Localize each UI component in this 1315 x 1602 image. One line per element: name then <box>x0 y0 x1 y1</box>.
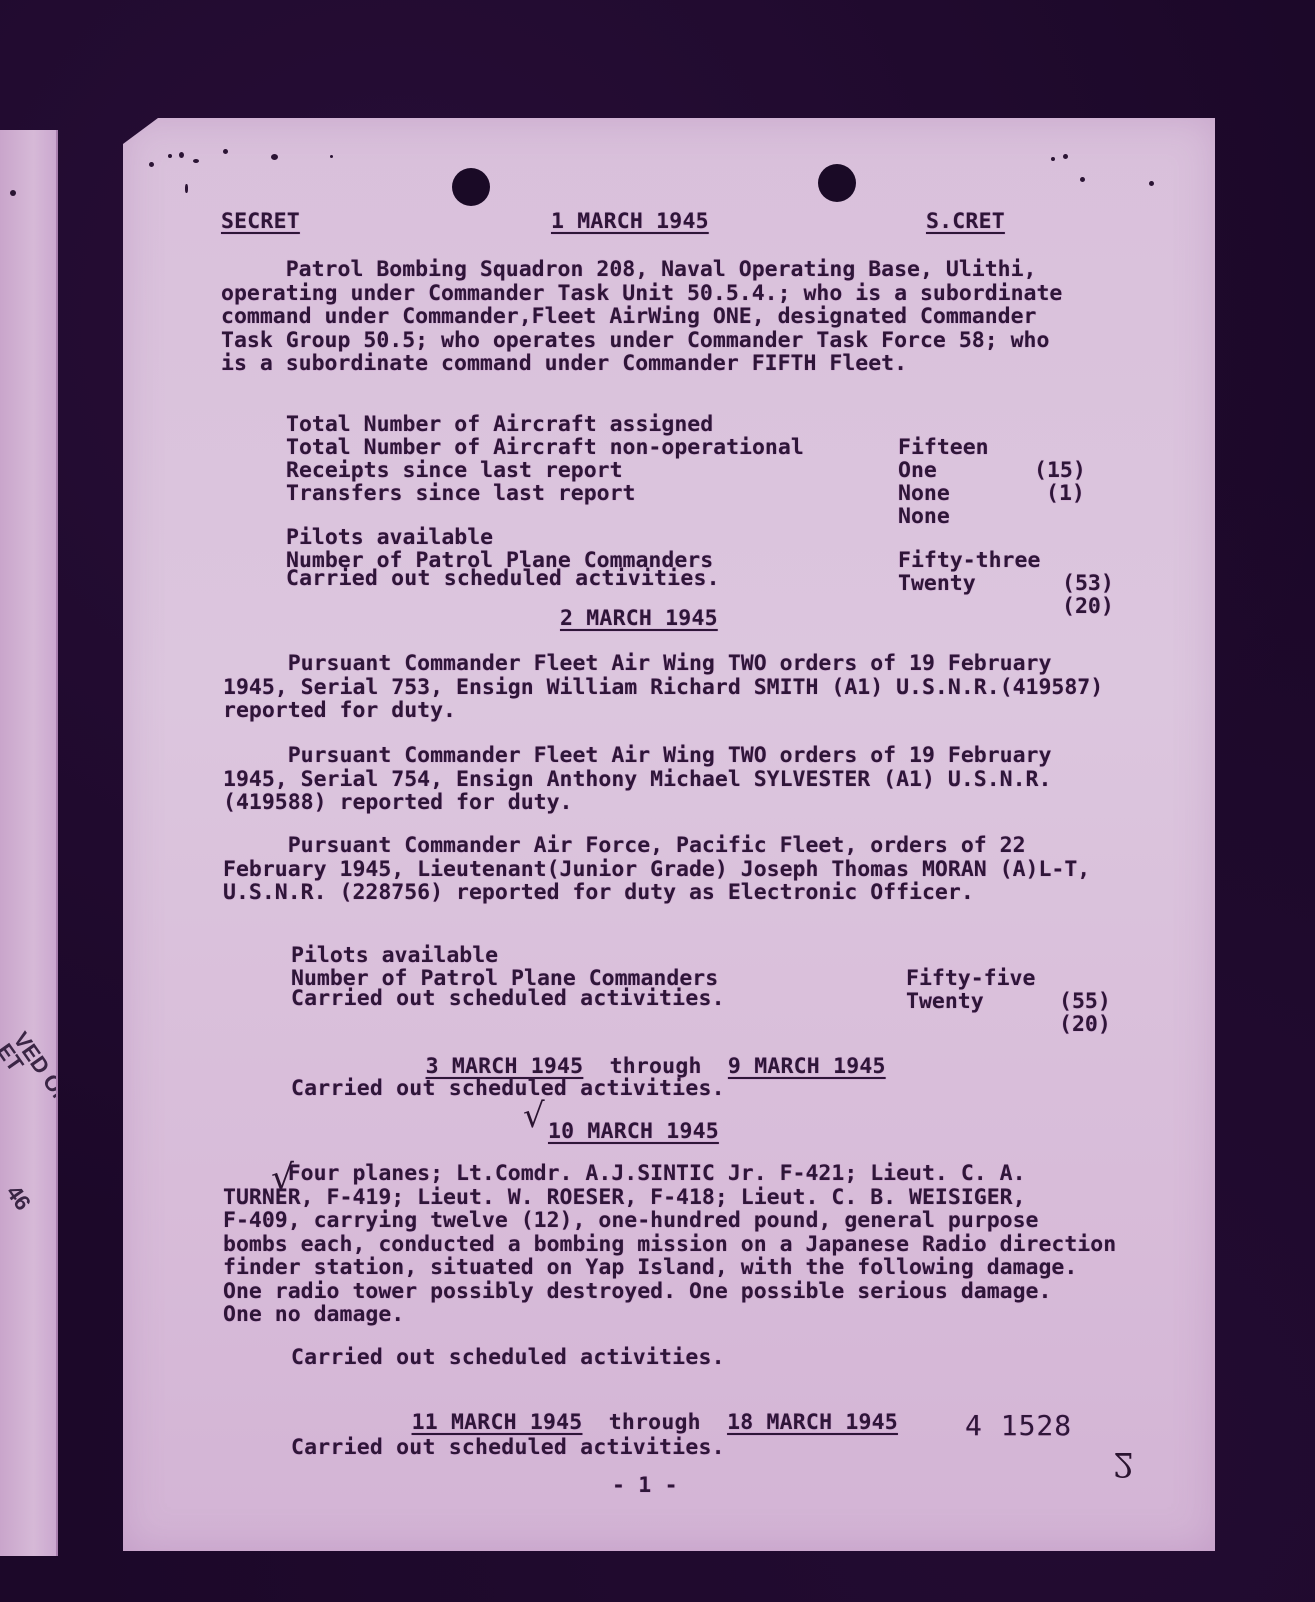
mission-line: One radio tower possibly destroyed. One … <box>223 1280 1116 1304</box>
orders-line: 1945, Serial 754, Ensign Anthony Michael… <box>223 768 1051 792</box>
speck <box>10 190 16 196</box>
pilot-stats-table-march-1: Pilots available Fifty-three (53) Number… <box>286 503 1116 549</box>
activity-note: Carried out scheduled activities. <box>286 567 720 591</box>
mission-line: finder station, situated on Yap Island, … <box>223 1256 1116 1280</box>
activity-note: Carried out scheduled activities. <box>291 1436 725 1460</box>
speck <box>1051 157 1055 161</box>
intro-line: operating under Commander Task Unit 50.5… <box>221 282 1062 306</box>
mission-line: One no damage. <box>223 1303 1116 1327</box>
orders-line: (419588) reported for duty. <box>223 791 1051 815</box>
entry-date-march-2: 2 MARCH 1945 <box>560 607 718 631</box>
classification-right: S.CRET <box>926 210 1005 234</box>
intro-line: Task Group 50.5; who operates under Comm… <box>221 329 1062 353</box>
intro-paragraph: Patrol Bombing Squadron 208, Naval Opera… <box>221 258 1062 376</box>
speck <box>1063 154 1068 159</box>
mission-line: F-409, carrying twelve (12), one-hundred… <box>223 1209 1116 1233</box>
stat-word-value: Twenty <box>906 990 984 1013</box>
range-connector: through <box>610 1054 702 1079</box>
mission-line: bombs each, conducted a bombing mission … <box>223 1233 1116 1257</box>
range-start-date: 3 MARCH 1945 <box>426 1054 584 1079</box>
orders-paragraph: Pursuant Commander Fleet Air Wing TWO or… <box>223 744 1051 815</box>
range-start-date: 11 MARCH 1945 <box>412 1410 583 1435</box>
stat-row: Total Number of Aircraft non-operational… <box>286 413 1116 436</box>
activity-note: Carried out scheduled activities. <box>291 987 725 1011</box>
speck <box>193 159 199 163</box>
stat-number-value: (20) <box>1062 595 1114 618</box>
orders-paragraph: Pursuant Commander Air Force, Pacific Fl… <box>223 834 1090 905</box>
speck <box>1149 181 1154 186</box>
punch-hole-left <box>452 168 490 206</box>
document-page: SECRET 1 MARCH 1945 S.CRET Patrol Bombin… <box>123 118 1215 1551</box>
orders-paragraph: Pursuant Commander Fleet Air Wing TWO or… <box>223 652 1103 723</box>
handwritten-check-icon: √ <box>523 1096 545 1136</box>
stat-label: Transfers since last report <box>286 482 636 505</box>
speck <box>179 152 184 158</box>
aircraft-stats-table: Total Number of Aircraft assigned Fiftee… <box>286 390 1116 482</box>
stat-row: Number of Patrol Plane Commanders Twenty… <box>291 944 1121 967</box>
speck <box>271 154 278 160</box>
stat-row: Pilots available Fifty-five (55) <box>291 921 1121 944</box>
adjacent-page-stamp-number: 46 <box>1 1181 36 1216</box>
entry-date-march-10: 10 MARCH 1945 <box>548 1120 719 1144</box>
stat-row: Pilots available Fifty-three (53) <box>286 503 1116 526</box>
mission-line: Four planes; Lt.Comdr. A.J.SINTIC Jr. F-… <box>223 1162 1116 1186</box>
stat-word-value: None <box>898 482 950 505</box>
stat-number-value: (55) <box>1059 990 1111 1013</box>
stat-number-value: (53) <box>1062 572 1114 595</box>
adjacent-page-fragment: VED ON ET 46 <box>0 130 58 1556</box>
orders-line: U.S.N.R. (228756) reported for duty as E… <box>223 881 1090 905</box>
orders-line: February 1945, Lieutenant(Junior Grade) … <box>223 858 1090 882</box>
handwritten-mark: 2 <box>1113 1444 1135 1484</box>
stat-number-value: (1) <box>1046 482 1085 505</box>
stat-row: Transfers since last report None <box>286 459 1116 482</box>
intro-line: is a subordinate command under Commander… <box>221 352 1062 376</box>
speck <box>149 162 154 167</box>
stat-row: Total Number of Aircraft assigned Fiftee… <box>286 390 1116 413</box>
classification-left: SECRET <box>221 210 300 234</box>
speck <box>185 184 188 193</box>
archive-stamp-number: 4 1528 <box>965 1414 1072 1438</box>
entry-date-march-1: 1 MARCH 1945 <box>551 210 709 234</box>
speck <box>330 155 333 158</box>
speck <box>1080 177 1085 182</box>
orders-line: Pursuant Commander Air Force, Pacific Fl… <box>223 834 1090 858</box>
mission-paragraph: Four planes; Lt.Comdr. A.J.SINTIC Jr. F-… <box>223 1162 1116 1327</box>
intro-line: command under Commander,Fleet AirWing ON… <box>221 305 1062 329</box>
orders-line: 1945, Serial 753, Ensign William Richard… <box>223 676 1103 700</box>
stat-row: Number of Patrol Plane Commanders Twenty… <box>286 526 1116 549</box>
orders-line: Pursuant Commander Fleet Air Wing TWO or… <box>223 744 1051 768</box>
stat-word-value: Fifty-five <box>906 967 1035 990</box>
orders-line: Pursuant Commander Fleet Air Wing TWO or… <box>223 652 1103 676</box>
speck <box>223 149 228 154</box>
range-end-date: 18 MARCH 1945 <box>727 1410 898 1435</box>
range-end-date: 9 MARCH 1945 <box>728 1054 886 1079</box>
stat-word-value: Fifty-three <box>898 549 1040 572</box>
activity-note: Carried out scheduled activities. <box>291 1077 725 1101</box>
activity-note: Carried out scheduled activities. <box>291 1346 725 1370</box>
page-number: - 1 - <box>612 1474 678 1498</box>
mission-line: TURNER, F-419; Lieut. W. ROESER, F-418; … <box>223 1186 1116 1210</box>
stat-word-value: Twenty <box>898 572 976 595</box>
stat-row: Receipts since last report None <box>286 436 1116 459</box>
adjacent-page-stamp: VED ON ET <box>0 1029 58 1121</box>
intro-line: Patrol Bombing Squadron 208, Naval Opera… <box>221 258 1062 282</box>
pilot-stats-table-march-2: Pilots available Fifty-five (55) Number … <box>291 921 1121 967</box>
orders-line: reported for duty. <box>223 699 1103 723</box>
speck <box>168 154 172 158</box>
range-connector: through <box>609 1410 701 1435</box>
punch-hole-right <box>818 164 856 202</box>
stat-number-value: (20) <box>1059 1013 1111 1036</box>
